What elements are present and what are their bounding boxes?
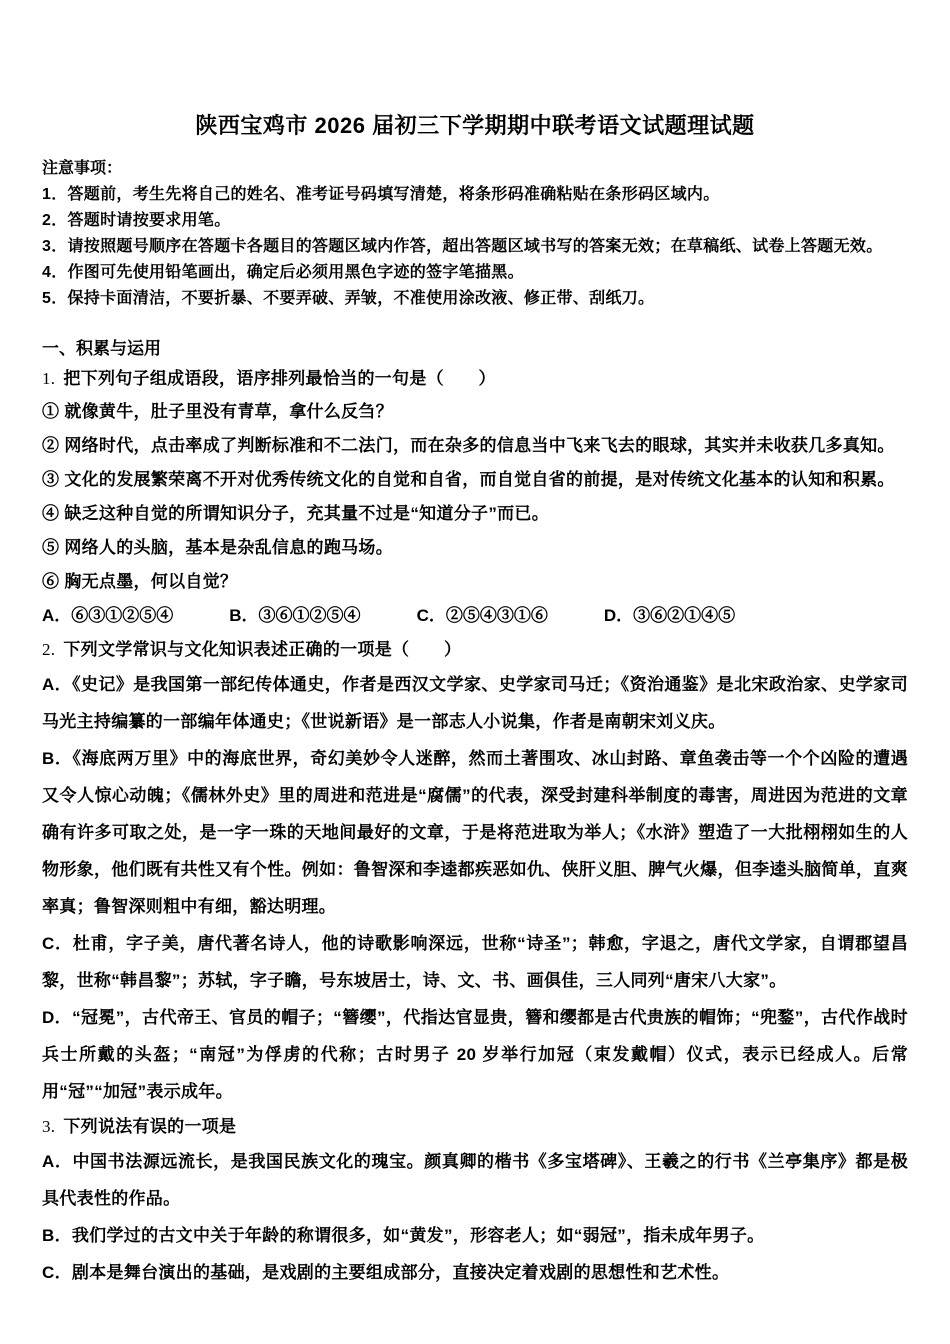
question-1-sentence-6: ⑥ 胸无点墨，何以自觉？ (42, 565, 908, 599)
page-title: 陕西宝鸡市 2026 届初三下学期期中联考语文试题理试题 (42, 112, 908, 140)
question-1-stem-text: 把下列句子组成语段，语序排列最恰当的一句是（ ） (63, 369, 496, 388)
question-2-stem-text: 下列文学常识与文化知识表述正确的一项是（ ） (63, 640, 461, 659)
question-3-stem-text: 下列说法有误的一项是 (63, 1117, 236, 1136)
question-3: 3.下列说法有误的一项是 A．中国书法源远流长，是我国民族文化的瑰宝。颜真卿的楷… (42, 1110, 908, 1291)
notice-section: 注意事项： 1．答题前，考生先将自己的姓名、准考证号码填写清楚，将条形码准确粘贴… (42, 156, 908, 312)
question-1-sentence-3: ③ 文化的发展繁荣离不开对优秀传统文化的自觉和自省，而自觉自省的前提，是对传统文… (42, 463, 908, 497)
notice-heading: 注意事项： (42, 156, 908, 182)
question-1: 1.把下列句子组成语段，语序排列最恰当的一句是（ ） ① 就像黄牛，肚子里没有青… (42, 362, 908, 633)
question-1-sentence-5: ⑤ 网络人的头脑，基本是杂乱信息的跑马场。 (42, 531, 908, 565)
question-1-option-b: B．③⑥①②⑤④ (229, 599, 360, 633)
question-3-option-a: A．中国书法源远流长，是我国民族文化的瑰宝。颜真卿的楷书《多宝塔碑》、王羲之的行… (42, 1143, 908, 1217)
question-1-option-d: D．③⑥②①④⑤ (604, 599, 735, 633)
question-3-option-b: B．我们学过的古文中关于年龄的称谓很多，如“黄发”，形容老人；如“弱冠”，指未成… (42, 1217, 908, 1254)
notice-item-3: 3．请按照题号顺序在答题卡各题目的答题区域内作答，超出答题区域书写的答案无效；在… (42, 234, 908, 260)
question-1-stem: 1.把下列句子组成语段，语序排列最恰当的一句是（ ） (42, 362, 908, 395)
question-1-sentence-2: ② 网络时代，点击率成了判断标准和不二法门，而在杂多的信息当中飞来飞去的眼球，其… (42, 429, 908, 463)
section-heading-accumulation: 一、积累与运用 (42, 336, 908, 362)
question-2: 2.下列文学常识与文化知识表述正确的一项是（ ） A．《史记》是我国第一部纪传体… (42, 633, 908, 1110)
question-1-sentence-1: ① 就像黄牛，肚子里没有青草，拿什么反刍？ (42, 395, 908, 429)
question-2-option-d: D．“冠冕”，古代帝王、官员的帽子；“簪缨”，代指达官显贵，簪和缨都是古代贵族的… (42, 999, 908, 1110)
exam-paper-page: 陕西宝鸡市 2026 届初三下学期期中联考语文试题理试题 注意事项： 1．答题前… (0, 0, 950, 1344)
question-2-stem: 2.下列文学常识与文化知识表述正确的一项是（ ） (42, 633, 908, 666)
notice-item-2: 2．答题时请按要求用笔。 (42, 208, 908, 234)
question-1-option-a: A．⑥③①②⑤④ (42, 599, 173, 633)
question-3-option-c: C．剧本是舞台演出的基础，是戏剧的主要组成部分，直接决定着戏剧的思想性和艺术性。 (42, 1254, 908, 1291)
question-1-number: 1. (42, 369, 55, 388)
question-2-option-c: C．杜甫，字子美，唐代著名诗人，他的诗歌影响深远，世称“诗圣”；韩愈，字退之，唐… (42, 925, 908, 999)
question-2-option-a: A．《史记》是我国第一部纪传体通史，作者是西汉文学家、史学家司马迁；《资治通鉴》… (42, 666, 908, 740)
notice-item-5: 5．保持卡面清洁，不要折暴、不要弄破、弄皱，不准使用涂改液、修正带、刮纸刀。 (42, 286, 908, 312)
question-1-options: A．⑥③①②⑤④ B．③⑥①②⑤④ C．②⑤④③①⑥ D．③⑥②①④⑤ (42, 599, 908, 633)
question-3-stem: 3.下列说法有误的一项是 (42, 1110, 908, 1143)
question-1-sentence-4: ④ 缺乏这种自觉的所谓知识分子，充其量不过是“知道分子”而已。 (42, 497, 908, 531)
question-2-number: 2. (42, 640, 55, 659)
question-1-option-c: C．②⑤④③①⑥ (417, 599, 548, 633)
notice-item-4: 4．作图可先使用铅笔画出，确定后必须用黑色字迹的签字笔描黑。 (42, 260, 908, 286)
question-2-option-b: B．《海底两万里》中的海底世界，奇幻美妙令人迷醉，然而土著围攻、冰山封路、章鱼袭… (42, 740, 908, 925)
question-3-number: 3. (42, 1117, 55, 1136)
notice-item-1: 1．答题前，考生先将自己的姓名、准考证号码填写清楚，将条形码准确粘贴在条形码区域… (42, 182, 908, 208)
